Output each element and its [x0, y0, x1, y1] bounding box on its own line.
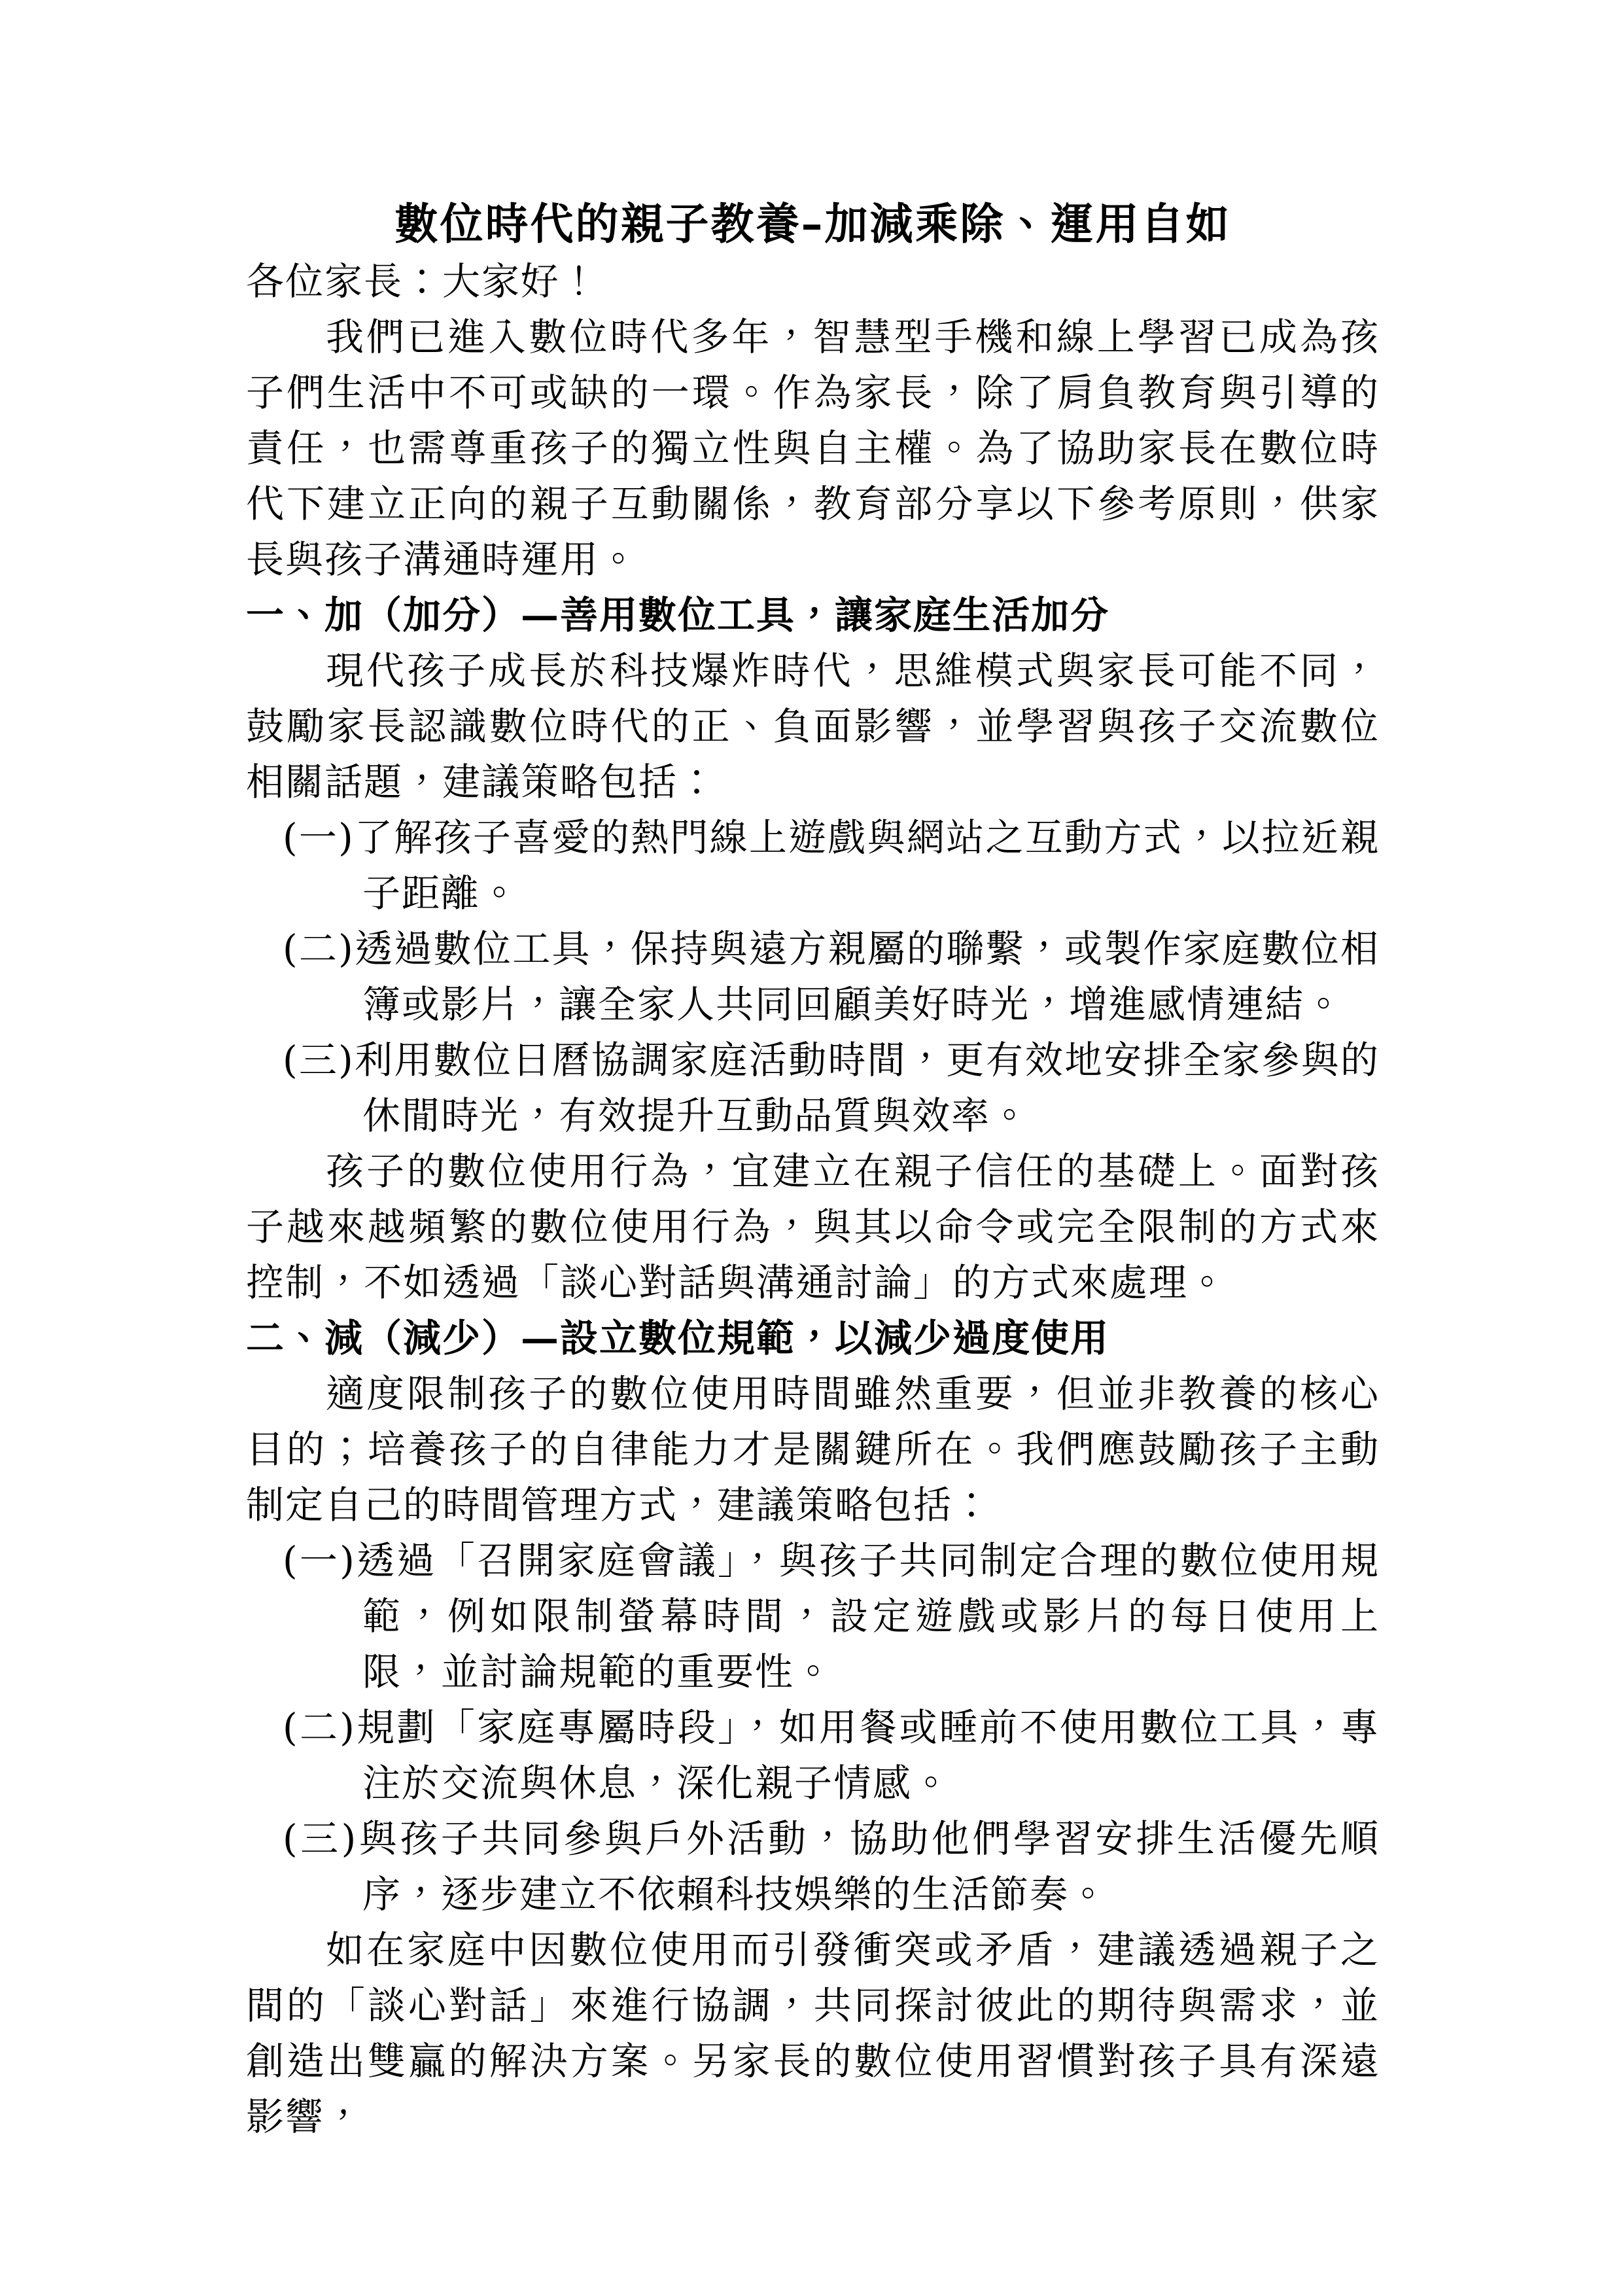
section-1-item-2: (二)透過數位工具，保持與遠方親屬的聯繫，或製作家庭數位相簿或影片，讓全家人共同…: [246, 921, 1380, 1033]
section-1-heading: 一、加（加分）—善用數位工具，讓家庭生活加分: [246, 588, 1380, 643]
salutation: 各位家長：大家好！: [246, 254, 1380, 309]
document-title: 數位時代的親子教養–加減乘除、運用自如: [246, 194, 1380, 254]
section-1-item-1: (一)了解孩子喜愛的熱門線上遊戲與網站之互動方式，以拉近親子距離。: [246, 810, 1380, 921]
section-2-heading: 二、減（減少）—設立數位規範，以減少過度使用: [246, 1311, 1380, 1366]
section-2-intro-paragraph: 適度限制孩子的數位使用時間雖然重要，但並非教養的核心目的；培養孩子的自律能力才是…: [246, 1366, 1380, 1533]
section-2-closing-paragraph: 如在家庭中因數位使用而引發衝突或矛盾，建議透過親子之間的「談心對話」來進行協調，…: [246, 1922, 1380, 2145]
section-1-closing-paragraph: 孩子的數位使用行為，宜建立在親子信任的基礎上。面對孩子越來越頻繁的數位使用行為，…: [246, 1144, 1380, 1311]
section-1-intro-paragraph: 現代孩子成長於科技爆炸時代，思維模式與家長可能不同，鼓勵家長認識數位時代的正、負…: [246, 643, 1380, 810]
section-2-item-1: (一)透過「召開家庭會議」，與孩子共同制定合理的數位使用規範，例如限制螢幕時間，…: [246, 1533, 1380, 1700]
section-2-item-2: (二)規劃「家庭專屬時段」，如用餐或睡前不使用數位工具，專注於交流與休息，深化親…: [246, 1700, 1380, 1811]
section-2-item-3: (三)與孩子共同參與戶外活動，協助他們學習安排生活優先順序，逐步建立不依賴科技娛…: [246, 1811, 1380, 1922]
document-page: 數位時代的親子教養–加減乘除、運用自如 各位家長：大家好！ 我們已進入數位時代多…: [0, 0, 1623, 2296]
intro-paragraph: 我們已進入數位時代多年，智慧型手機和線上學習已成為孩子們生活中不可或缺的一環。作…: [246, 309, 1380, 588]
section-1-item-3: (三)利用數位日曆協調家庭活動時間，更有效地安排全家參與的休閒時光，有效提升互動…: [246, 1033, 1380, 1144]
